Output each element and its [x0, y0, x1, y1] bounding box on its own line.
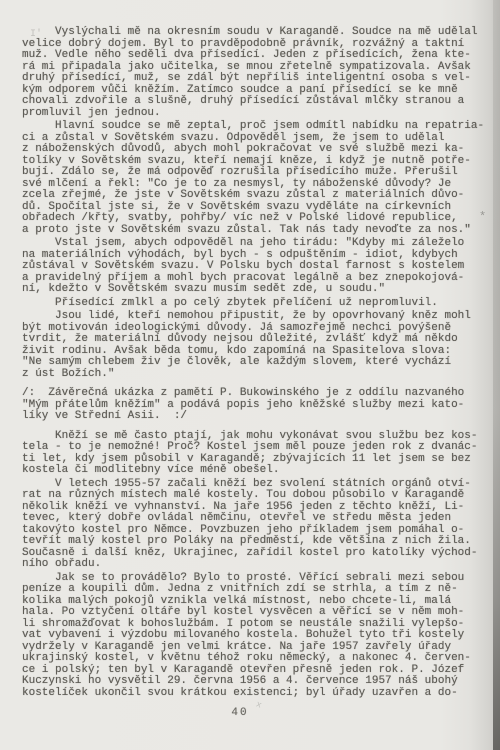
paragraph: Jsou lidé, kteří nemohou připustit, že b…: [22, 311, 484, 380]
paragraph: V letech 1955-57 začali kněží bez svolen…: [22, 479, 484, 571]
paragraph: Přísedící zmlkl a po celý zbytek přelíče…: [22, 298, 484, 310]
paragraph: Hlavní soudce se mě zeptal, proč jsem od…: [22, 121, 484, 236]
paragraph: Kněží se mě často ptají, jak mohu vykoná…: [22, 431, 484, 477]
typewritten-text: Vyslýchali mě na okresním soudu v Karaga…: [22, 27, 484, 699]
page-number: 40: [0, 707, 480, 719]
scan-edge-shadow: [493, 0, 500, 750]
paragraph: Jak se to provádělo? Bylo to prosté. Věř…: [22, 573, 484, 700]
paragraph: /: Závěrečná ukázka z pamětí P. Bukowins…: [22, 388, 484, 423]
document-page: Vyslýchali mě na okresním soudu v Karaga…: [0, 0, 500, 750]
margin-asterisk-mark: *: [479, 210, 486, 224]
pencil-mark: I': [30, 29, 42, 40]
paragraph: Vyslýchali mě na okresním soudu v Karaga…: [22, 27, 484, 119]
paragraph: Vstal jsem, abych odpověděl na jeho tirá…: [22, 238, 484, 296]
